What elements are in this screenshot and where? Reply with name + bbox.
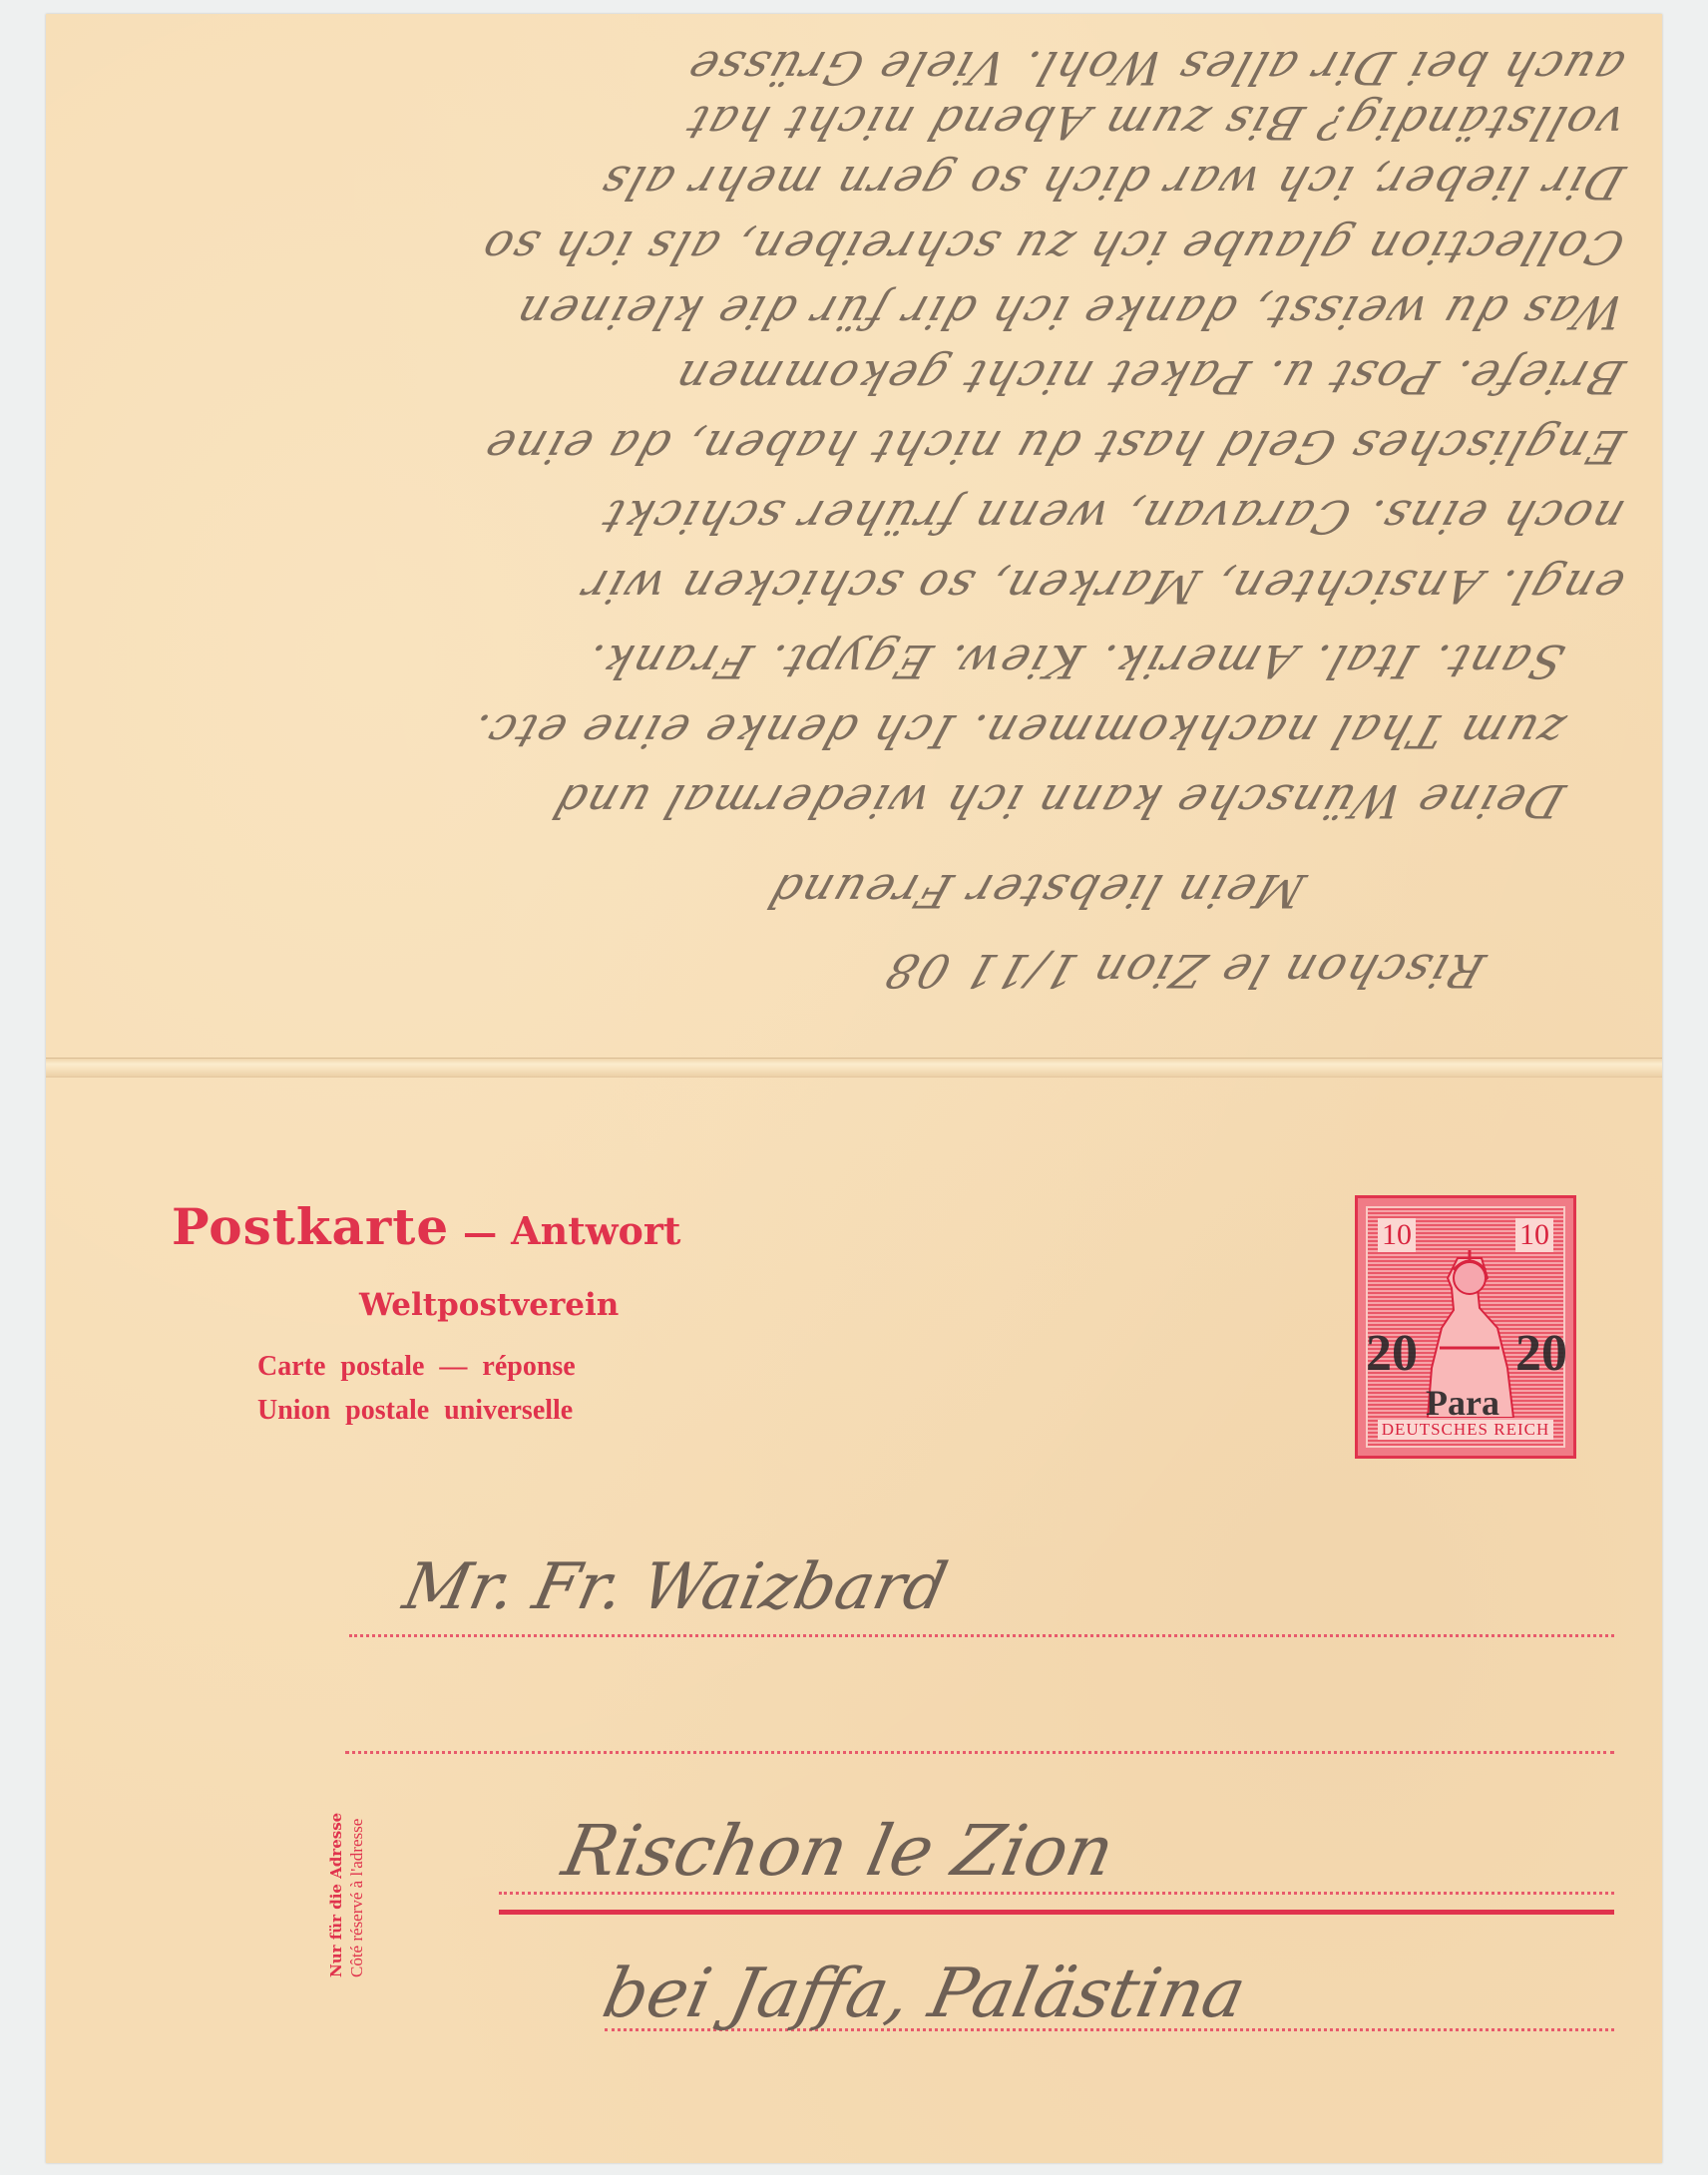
title-antwort: Antwort <box>511 1208 680 1253</box>
message-line: Deine Wünsche kann ich wiedermal und <box>545 774 1570 828</box>
message-line: Collection glaube ich zu schreiben, als … <box>473 220 1631 274</box>
overprint-left: 20 <box>1366 1324 1418 1383</box>
side-note-german: Nur für die Adresse <box>325 1813 347 1977</box>
address-line-3 <box>499 1892 1614 1895</box>
postcard: Rischon le Zion 1/11 08 Mein liebster Fr… <box>46 14 1662 2163</box>
recipient-town: Rischon le Zion <box>556 1810 1121 1892</box>
french-title-1: Carte postale — réponse <box>257 1351 576 1383</box>
stamp-value-left: 10 <box>1378 1218 1416 1252</box>
message-line: noch eins. Caravan, wenn früher schickt <box>594 490 1631 544</box>
message-line: zum Thal nachkommen. Ich denke eine etc. <box>462 704 1571 758</box>
address-line-1 <box>349 1634 1614 1637</box>
overprint-unit: Para <box>1426 1382 1499 1424</box>
stamp-country: DEUTSCHES REICH <box>1378 1420 1553 1440</box>
postage-stamp: 10 10 20 20 Para DEUTSCHES REICH <box>1355 1195 1576 1459</box>
address-side-note: Nur für die Adresse Côté réservé à l'adr… <box>325 1813 367 1977</box>
side-note-french: Côté réservé à l'adresse <box>347 1813 367 1977</box>
message-line: Sant. Ital. Amerik. Kiew. Egypt. Frank. <box>577 635 1571 688</box>
message-line: Was du weisst, danke ich dir für die kle… <box>507 285 1630 339</box>
message-line: engl. Ansichten, Marken, so schicken wir <box>574 560 1631 614</box>
message-line: Dir lieber, ich war dich so gern mehr al… <box>593 156 1631 210</box>
address-underline <box>499 1910 1614 1915</box>
recipient-region: bei Jaffa, Palästina <box>597 1955 1253 2033</box>
message-salutation: Mein liebster Freund <box>760 864 1312 918</box>
message-line: auch bei Dir alles Wohl. Viele Grüsse <box>679 41 1631 95</box>
title-postkarte: Postkarte <box>172 1197 449 1256</box>
overprint-right: 20 <box>1515 1324 1567 1383</box>
card-title: Postkarte — Antwort <box>172 1197 680 1256</box>
title-dash: — <box>463 1213 497 1253</box>
stamp-value-right: 10 <box>1515 1218 1553 1252</box>
recipient-name: Mr. Fr. Waizbard <box>397 1550 953 1624</box>
message-date-line: Rischon le Zion 1/11 08 <box>877 944 1491 998</box>
subtitle-weltpostverein: Weltpostverein <box>359 1287 619 1323</box>
message-line: vollständig? Bis zum Abend nicht hat <box>677 96 1630 150</box>
fold-line <box>46 1058 1662 1078</box>
message-line: Briefe. Post u. Paket nicht gekommen <box>666 350 1631 404</box>
message-side: Rischon le Zion 1/11 08 Mein liebster Fr… <box>46 14 1662 1058</box>
message-line: Englisches Geld hast du nicht haben, da … <box>476 420 1631 474</box>
french-title-2: Union postale universelle <box>257 1395 573 1427</box>
stamp-frame: 10 10 20 20 Para DEUTSCHES REICH <box>1366 1206 1565 1448</box>
address-line-2 <box>345 1751 1614 1754</box>
